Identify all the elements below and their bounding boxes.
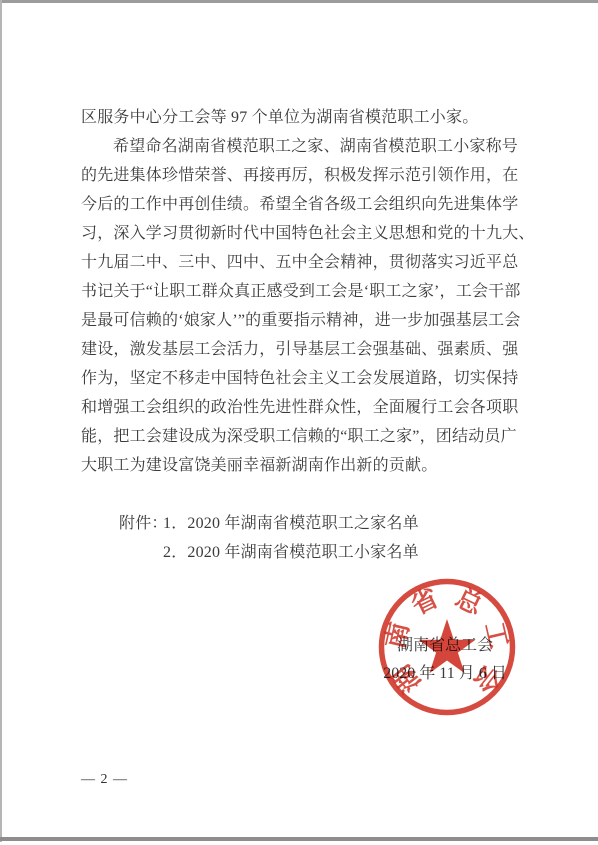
body-line: 大职工为建设富饶美丽幸福新湖南作出新的贡献。: [81, 451, 541, 480]
body-line: 书记关于“让职工群众真正感受到工会是‘职工之家’，工会干部: [81, 277, 541, 306]
seal-char: 工: [479, 619, 513, 651]
body-line: 是最可信赖的‘娘家人’”的重要指示精神，进一步加强基层工会: [81, 306, 541, 335]
body-line: 今后的工作中再创佳绩。希望全省各级工会组织向先进集体学: [81, 190, 541, 219]
attachment-line: 2．2020 年湖南省模范职工小家名单: [81, 538, 541, 567]
body-line: 希望命名湖南省模范职工之家、湖南省模范职工小家称号: [81, 132, 541, 161]
official-seal: 湖 南 省 总 工 会: [377, 577, 517, 717]
body-line: 作为，坚定不移走中国特色社会主义工会发展道路，切实保持: [81, 364, 541, 393]
seal-char: 总: [451, 582, 488, 621]
page-edge-left: [0, 0, 2, 842]
seal-char: 会: [468, 659, 507, 697]
attachment-label-spacer: [119, 538, 163, 567]
body-line: 和增强工会组织的政治性先进性群众性，全面履行工会各项职: [81, 393, 541, 422]
attachment-line: 附件： 1．2020 年湖南省模范职工之家名单: [81, 509, 541, 538]
seal-star: [419, 619, 476, 673]
document-page: 区服务中心分工会等 97 个单位为湖南省模范职工小家。 希望命名湖南省模范职工之…: [0, 0, 598, 845]
body-line: 十九届二中、三中、四中、五中全会精神，贯彻落实习近平总: [81, 248, 541, 277]
seal-char: 湖: [388, 659, 427, 697]
attachment-label: 附件：: [119, 509, 163, 538]
body-line: 习，深入学习贯彻新时代中国特色社会主义思想和党的十九大、: [81, 219, 541, 248]
seal-char: 南: [380, 619, 414, 651]
page-edge-top: [0, 0, 598, 3]
page-number: — 2 —: [81, 772, 128, 788]
body-line: 能，把工会建设成为深受职工信赖的“职工之家”，团结动员广: [81, 422, 541, 451]
page-edge-bottom: [0, 837, 598, 841]
body-line: 区服务中心分工会等 97 个单位为湖南省模范职工小家。: [81, 103, 541, 132]
attachment-item: 1．2020 年湖南省模范职工之家名单: [163, 509, 419, 538]
document-body: 区服务中心分工会等 97 个单位为湖南省模范职工小家。 希望命名湖南省模范职工之…: [81, 103, 541, 567]
attachment-item: 2．2020 年湖南省模范职工小家名单: [163, 538, 419, 567]
body-line: 的先进集体珍惜荣誉、再接再厉，积极发挥示范引领作用，在: [81, 161, 541, 190]
blank-line: [81, 480, 541, 509]
body-line: 建设，激发基层工会活力，引导基层工会强基础、强素质、强: [81, 335, 541, 364]
